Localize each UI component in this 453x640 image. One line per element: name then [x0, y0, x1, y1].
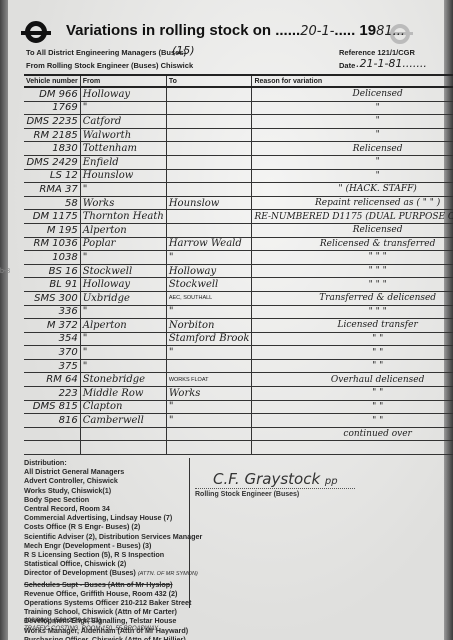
- distribution-item: R S Licensing Section (5), R S Inspectio…: [24, 550, 189, 559]
- vehicle-number: 336: [24, 305, 80, 319]
- to-garage: [166, 183, 252, 197]
- from-garage: [80, 441, 166, 455]
- to-garage: Works: [166, 387, 252, 401]
- distribution-item-text: Commercial Advertising, Lindsay House (7…: [24, 513, 172, 522]
- table-row: 223Middle RowWorks" "" ": [24, 387, 453, 401]
- to-garage: [166, 359, 252, 373]
- vehicle-number: 370: [24, 346, 80, 360]
- reason-cell: "ACC" ": [252, 101, 453, 115]
- from-garage: ": [80, 359, 166, 373]
- vehicle-number: BS 16: [24, 264, 80, 278]
- table-row: continued over: [24, 427, 453, 441]
- distribution-item: Mech Engr (Development - Buses) (3): [24, 541, 189, 550]
- reason-cell: Repaint relicensed as ( " " )NO to NP: [252, 196, 453, 210]
- from-garage: ": [80, 183, 166, 197]
- table-row: 1830TottenhamRelicensedNO to O: [24, 142, 453, 156]
- to-garage: [166, 169, 252, 183]
- signature-block: C.F. Graystock pp Rolling Stock Engineer…: [195, 470, 355, 498]
- london-transport-roundel-icon: [25, 21, 47, 43]
- vehicle-number: M 372: [24, 319, 80, 333]
- reason-cell: " " "" ": [252, 278, 453, 292]
- to-garage: WORKS FLOAT: [166, 373, 252, 387]
- reason-text: ": [254, 171, 453, 181]
- to-garage: Holloway: [166, 264, 252, 278]
- struck-item-text: Schedules Supt - Buses (Attn of Mr Hyslo…: [24, 580, 173, 589]
- reason-cell: Licensed transfer: [252, 319, 453, 333]
- reason-cell: Overhaul delicensedO to NO: [252, 373, 453, 387]
- reason-text: " ": [254, 348, 453, 358]
- from-garage: Alperton: [80, 223, 166, 237]
- distribution-item-text: Mech Engr (Development - Buses) (3): [24, 541, 151, 550]
- vehicle-number: RMA 37: [24, 183, 80, 197]
- to-garage: [166, 210, 252, 224]
- from-line: From Rolling Stock Engineer (Buses) Chis…: [26, 61, 193, 70]
- from-garage: Tottenham: [80, 142, 166, 156]
- vehicle-number: DM 1175: [24, 210, 80, 224]
- distribution-item-text: Director of Development (Buses): [24, 568, 136, 577]
- title-year: 81...: [376, 24, 405, 39]
- col-vehicle-number: Vehicle number: [24, 75, 80, 87]
- col-to: To: [166, 75, 252, 87]
- distribution-item: Training School, Chiswick (Attn of Mr Ca…: [24, 607, 189, 616]
- reason-text: " ": [254, 416, 453, 426]
- table-row: BL 91HollowayStockwell" " "" ": [24, 278, 453, 292]
- distribution-item: Director of Development (Buses) (ATTN. O…: [24, 568, 189, 579]
- to-garage: ": [166, 305, 252, 319]
- reason-text: continued over: [254, 429, 453, 439]
- table-row: 375"" ": [24, 359, 453, 373]
- reference: Reference 121/1/CGR: [339, 48, 415, 57]
- document-title: Variations in rolling stock on ......20-…: [66, 22, 405, 39]
- reason-cell: " (HACK. STAFF)NP: [252, 183, 453, 197]
- from-garage: Poplar: [80, 237, 166, 251]
- scan-edge-left: [0, 0, 8, 640]
- reason-text: Relicensed: [254, 225, 453, 235]
- reason-cell: "" ": [252, 169, 453, 183]
- distribution-heading: Distribution:: [24, 458, 189, 467]
- reason-cell: " ": [252, 346, 453, 360]
- reason-cell: " " "" ": [252, 264, 453, 278]
- from-garage: Hounslow: [80, 169, 166, 183]
- table-row: 816Camberwell"" "" ": [24, 414, 453, 428]
- reason-cell: " " """ ": [252, 305, 453, 319]
- table-row: DM 1175Thornton HeathRE-NUMBERED D1175 (…: [24, 210, 453, 224]
- to-garage: Hounslow: [166, 196, 252, 210]
- from-garage: Middle Row: [80, 387, 166, 401]
- distribution-item: Works Study, Chiswick(1): [24, 486, 189, 495]
- table-row: 370""" ": [24, 346, 453, 360]
- reason-text: Relicensed & transferred: [254, 239, 453, 249]
- to-garage: [166, 441, 252, 455]
- distribution-item-text: Purchasing Officer, Chiswick (Attn of Mr…: [24, 635, 186, 640]
- from-garage: Uxbridge: [80, 291, 166, 305]
- reason-cell: DelicensedFIREO to NO: [252, 87, 453, 101]
- reason-cell: " ": [252, 359, 453, 373]
- table-row: RM 2185Walworth"FIRE" ": [24, 128, 453, 142]
- signature-name: C.F. Graystock pp: [195, 470, 355, 489]
- distribution-item-text: Body Spec Section: [24, 495, 89, 504]
- from-garage: Camberwell: [80, 414, 166, 428]
- to-garage: [166, 115, 252, 129]
- from-garage: Stonebridge: [80, 373, 166, 387]
- vehicle-number: 375: [24, 359, 80, 373]
- reason-cell: """ ": [252, 115, 453, 129]
- title-year-prefix: ..... 19: [334, 22, 376, 39]
- reason-text: " " ": [254, 307, 453, 317]
- distribution-item-text: Works Study, Chiswick(1): [24, 486, 111, 495]
- to-line: To All District Engineering Managers (Bu…: [26, 48, 186, 57]
- reason-text: " ": [254, 334, 453, 344]
- reason-cell: " "" ": [252, 414, 453, 428]
- table-row: DMS 2429Enfield"" ": [24, 155, 453, 169]
- reason-text: Transferred & delicensed: [254, 293, 453, 303]
- table-row: 354"Stamford Brook" ": [24, 332, 453, 346]
- distribution-item: Costs Office (R S Engr- Buses) (2): [24, 522, 189, 531]
- from-garage: [80, 427, 166, 441]
- vehicle-number: DMS 815: [24, 400, 80, 414]
- to-garage: ": [166, 414, 252, 428]
- reason-text: Relicensed: [254, 144, 453, 154]
- signature-initials: pp: [325, 476, 338, 487]
- vehicle-number: RM 64: [24, 373, 80, 387]
- distribution-item: Advert Controller, Chiswick: [24, 476, 189, 485]
- reason-cell: " ": [252, 332, 453, 346]
- date-value: .21-1-81.......: [356, 57, 427, 70]
- vehicle-number: 1830: [24, 142, 80, 156]
- table-row: 336""" " """ ": [24, 305, 453, 319]
- date-label: Date: [339, 61, 355, 70]
- footer: 408/89(1) (500 2/79 121/1) TRAFFIC COSTI…: [24, 617, 158, 633]
- reason-text: " ": [254, 361, 453, 371]
- col-from: From: [80, 75, 166, 87]
- vehicle-number: [24, 441, 80, 455]
- title-text: Variations in rolling stock on ......: [66, 22, 300, 39]
- title-date: 20-1-: [300, 24, 334, 39]
- to-note: (15): [172, 44, 195, 57]
- to-garage: [166, 427, 252, 441]
- reason-text: " " ": [254, 266, 453, 276]
- from-garage: ": [80, 101, 166, 115]
- reason-text: ": [254, 116, 453, 126]
- distribution-item: Scientific Adviser (2), Distribution Ser…: [24, 532, 189, 541]
- to-garage: AEC, SOUTHALL: [166, 291, 252, 305]
- table-row: LS 12Hounslow"" ": [24, 169, 453, 183]
- reason-text: ": [254, 130, 453, 140]
- to-garage: Harrow Weald: [166, 237, 252, 251]
- reason-cell: [252, 441, 453, 455]
- reason-text: Delicensed: [254, 89, 453, 99]
- reason-text: ": [254, 157, 453, 167]
- distribution-item-text: Statistical Office, Chiswick (2): [24, 559, 126, 568]
- from-garage: Stockwell: [80, 264, 166, 278]
- director-note: (ATTN. OF MR SYMON): [138, 571, 198, 577]
- distribution-item: Central Record, Room 34: [24, 504, 189, 513]
- from-garage: Clapton: [80, 400, 166, 414]
- vehicle-number: DM 966: [24, 87, 80, 101]
- table-row: 1769""ACC" ": [24, 101, 453, 115]
- vehicle-number: SMS 300: [24, 291, 80, 305]
- distribution-item: All District General Managers: [24, 467, 189, 476]
- reason-cell: RelicensedNO to O: [252, 223, 453, 237]
- margin-note: b-3: [0, 268, 10, 275]
- table-row: SMS 300UxbridgeAEC, SOUTHALLTransferred …: [24, 291, 453, 305]
- variations-table: Vehicle number From To Reason for variat…: [24, 74, 453, 455]
- reason-cell: "" ": [252, 155, 453, 169]
- to-garage: ": [166, 400, 252, 414]
- reason-cell: " "" ": [252, 400, 453, 414]
- distribution-item-text: Costs Office (R S Engr- Buses) (2): [24, 522, 140, 531]
- distribution-item-text: Operations Systems Officer 210-212 Baker…: [24, 598, 191, 607]
- vehicle-number: DMS 2235: [24, 115, 80, 129]
- vehicle-number: RM 2185: [24, 128, 80, 142]
- to-garage: Stamford Brook: [166, 332, 252, 346]
- reason-text: Overhaul delicensed: [254, 375, 453, 385]
- signature-text: C.F. Graystock: [213, 470, 320, 488]
- table-row: DMS 815Clapton"" "" ": [24, 400, 453, 414]
- distribution-item: Body Spec Section: [24, 495, 189, 504]
- from-garage: ": [80, 305, 166, 319]
- table-row: RMA 37"" (HACK. STAFF)NP: [24, 183, 453, 197]
- reason-cell: Transferred & delicensedDISPOSALO to NP: [252, 291, 453, 305]
- vehicle-number: RM 1036: [24, 237, 80, 251]
- to-garage: [166, 155, 252, 169]
- reason-cell: " "" ": [252, 387, 453, 401]
- vehicle-number: 58: [24, 196, 80, 210]
- distribution-item-text: R S Licensing Section (5), R S Inspectio…: [24, 550, 164, 559]
- table-row: RM 64StonebridgeWORKS FLOATOverhaul deli…: [24, 373, 453, 387]
- to-garage: [166, 223, 252, 237]
- from-garage: ": [80, 251, 166, 265]
- table-row: M 372AlpertonNorbitonLicensed transfer: [24, 319, 453, 333]
- from-garage: Walworth: [80, 128, 166, 142]
- vehicle-number: M 195: [24, 223, 80, 237]
- distribution-item-text: Revenue Office, Griffith House, Room 432…: [24, 589, 177, 598]
- table-row: 58WorksHounslowRepaint relicensed as ( "…: [24, 196, 453, 210]
- table-row: [24, 441, 453, 455]
- distribution-item-text: Training School, Chiswick (Attn of Mr Ca…: [24, 607, 177, 616]
- distribution-item-text: Scientific Adviser (2), Distribution Ser…: [24, 532, 202, 541]
- table-row: BS 16StockwellHolloway" " "" ": [24, 264, 453, 278]
- reason-text: ": [254, 103, 453, 113]
- reason-text: RE-NUMBERED D1175 (DUAL PURPOSE OMO/crew…: [254, 212, 453, 222]
- distribution-item: Revenue Office, Griffith House, Room 432…: [24, 589, 189, 598]
- from-garage: Holloway: [80, 87, 166, 101]
- reason-cell: RE-NUMBERED D1175 (DUAL PURPOSE OMO/crew…: [252, 210, 453, 224]
- to-garage: [166, 128, 252, 142]
- distribution-item-text: Advert Controller, Chiswick: [24, 476, 118, 485]
- table-row: DMS 2235Catford""" ": [24, 115, 453, 129]
- reason-cell: continued over: [252, 427, 453, 441]
- col-reason: Reason for variation: [252, 75, 453, 87]
- vehicle-number: LS 12: [24, 169, 80, 183]
- to-garage: ": [166, 346, 252, 360]
- distribution-item-text: All District General Managers: [24, 467, 124, 476]
- reason-text: " (HACK. STAFF): [254, 184, 453, 194]
- to-garage: [166, 101, 252, 115]
- distribution-item: Purchasing Officer, Chiswick (Attn of Mr…: [24, 635, 189, 640]
- vehicle-number: 1769: [24, 101, 80, 115]
- from-garage: ": [80, 346, 166, 360]
- vehicle-number: BL 91: [24, 278, 80, 292]
- distribution-item-struck: Schedules Supt - Buses (Attn of Mr Hyslo…: [24, 580, 189, 589]
- from-garage: Holloway: [80, 278, 166, 292]
- vehicle-number: 816: [24, 414, 80, 428]
- table-row: M 195AlpertonRelicensedNO to O: [24, 223, 453, 237]
- footer-handwritten: TRAFFIC COSTING, ROOM 150, 55 BROADWAY: [24, 625, 158, 633]
- table-row: RM 1036PoplarHarrow WealdRelicensed & tr…: [24, 237, 453, 251]
- from-garage: Thornton Heath: [80, 210, 166, 224]
- distribution-item: Operations Systems Officer 210-212 Baker…: [24, 598, 189, 607]
- table-row: 1038""" " "" ": [24, 251, 453, 265]
- vehicle-number: 223: [24, 387, 80, 401]
- to-garage: [166, 142, 252, 156]
- from-garage: ": [80, 332, 166, 346]
- reason-cell: Relicensed & transferred" ": [252, 237, 453, 251]
- reason-text: Licensed transfer: [254, 320, 453, 330]
- from-garage: Works: [80, 196, 166, 210]
- to-garage: Stockwell: [166, 278, 252, 292]
- form-code: 408/89(1) (500 2/79 121/1): [24, 617, 158, 625]
- table-row: DM 966HollowayDelicensedFIREO to NO: [24, 87, 453, 101]
- reason-text: Repaint relicensed as ( " " ): [254, 198, 453, 208]
- vehicle-number: DMS 2429: [24, 155, 80, 169]
- to-garage: Norbiton: [166, 319, 252, 333]
- to-garage: [166, 87, 252, 101]
- from-garage: Catford: [80, 115, 166, 129]
- vehicle-number: [24, 427, 80, 441]
- reason-text: " ": [254, 388, 453, 398]
- reason-text: " ": [254, 402, 453, 412]
- reason-text: " " ": [254, 252, 453, 262]
- reason-cell: RelicensedNO to O: [252, 142, 453, 156]
- reason-cell: "FIRE" ": [252, 128, 453, 142]
- distribution-item: Commercial Advertising, Lindsay House (7…: [24, 513, 189, 522]
- vehicle-number: 354: [24, 332, 80, 346]
- from-garage: Enfield: [80, 155, 166, 169]
- distribution-item: Statistical Office, Chiswick (2): [24, 559, 189, 568]
- table-header-row: Vehicle number From To Reason for variat…: [24, 75, 453, 87]
- distribution-item-text: Central Record, Room 34: [24, 504, 110, 513]
- reason-text: " " ": [254, 280, 453, 290]
- from-garage: Alperton: [80, 319, 166, 333]
- vehicle-number: 1038: [24, 251, 80, 265]
- reason-cell: " " "" ": [252, 251, 453, 265]
- signature-role: Rolling Stock Engineer (Buses): [195, 491, 355, 498]
- to-garage: ": [166, 251, 252, 265]
- distribution-list: Distribution: All District General Manag…: [24, 458, 189, 640]
